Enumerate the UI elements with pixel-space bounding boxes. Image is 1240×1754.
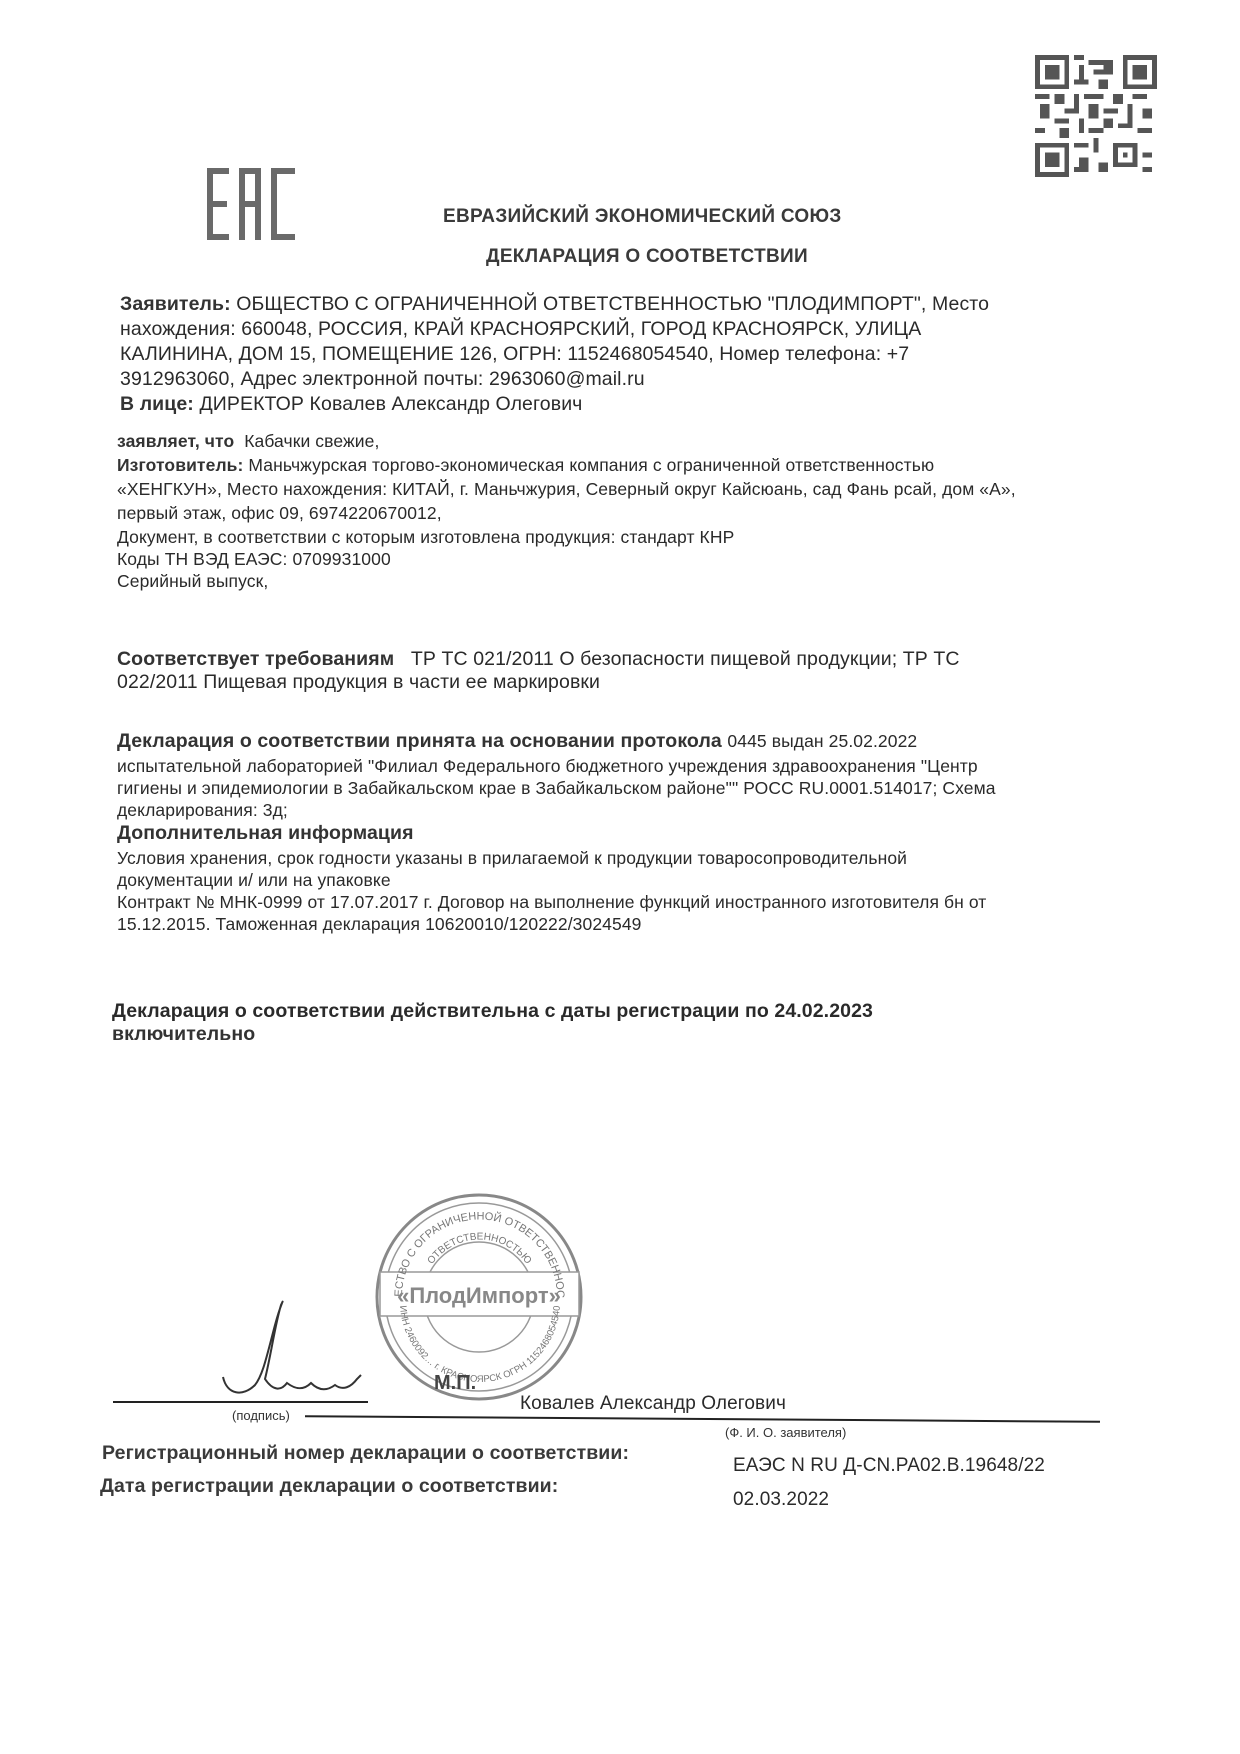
company-stamp: ОБЩЕСТВО С ОГРАНИЧЕННОЙ ОТВЕТСТВЕННОСТЬЮ… — [372, 1190, 587, 1405]
basis-label: Декларация о соответствии принята на осн… — [117, 730, 722, 752]
mp-label: М.П. — [434, 1372, 476, 1395]
additional-line-1: Условия хранения, срок годности указаны … — [117, 848, 907, 869]
compliance-label: Соответствует требованиям — [117, 648, 394, 670]
registration-date-value: 02.03.2022 — [733, 1488, 829, 1511]
signature-underline — [113, 1401, 368, 1403]
name-caption: (Ф. И. О. заявителя) — [725, 1425, 846, 1440]
basis-line-4: декларирования: 3д; — [117, 800, 288, 821]
signer-name: Ковалев Александр Олегович — [520, 1392, 786, 1415]
declares-line: заявляет, что Кабачки свежие, — [117, 431, 379, 452]
additional-line-3: Контракт № МНК-0999 от 17.07.2017 г. Дог… — [117, 892, 986, 913]
representative-name: ДИРЕКТОР Ковалев Александр Олегович — [199, 393, 582, 415]
basis-line-2: испытательной лабораторией "Филиал Федер… — [117, 756, 978, 777]
qr-code-icon — [1035, 55, 1157, 177]
manufacturer-line-3: первый этаж, офис 09, 6974220670012, — [117, 503, 442, 524]
hs-codes-line: Коды ТН ВЭД ЕАЭС: 0709931000 — [117, 549, 391, 570]
eac-logo — [207, 168, 299, 240]
applicant-line-1: Заявитель: ОБЩЕСТВО С ОГРАНИЧЕННОЙ ОТВЕТ… — [120, 293, 989, 316]
registration-date-label: Дата регистрации декларации о соответств… — [100, 1475, 558, 1498]
svg-text:ОТВЕТСТВЕННОСТЬЮ: ОТВЕТСТВЕННОСТЬЮ — [426, 1232, 534, 1267]
validity-line-2: включительно — [112, 1023, 255, 1046]
applicant-text: ОБЩЕСТВО С ОГРАНИЧЕННОЙ ОТВЕТСТВЕННОСТЬЮ… — [236, 293, 989, 315]
release-type-line: Серийный выпуск, — [117, 571, 268, 592]
basis-line-1: Декларация о соответствии принята на осн… — [117, 730, 917, 753]
applicant-line-4: 3912963060, Адрес электронной почты: 296… — [120, 368, 645, 391]
manufacturer-text: Маньчжурская торгово-экономическая компа… — [248, 455, 934, 475]
registration-number-label: Регистрационный номер декларации о соотв… — [102, 1442, 629, 1465]
standard-document-line: Документ, в соответствии с которым изгот… — [117, 527, 734, 548]
document-title: ДЕКЛАРАЦИЯ О СООТВЕТСТВИИ — [486, 245, 808, 268]
union-title: ЕВРАЗИЙСКИЙ ЭКОНОМИЧЕСКИЙ СОЮЗ — [443, 205, 842, 228]
basis-line-3: гигиены и эпидемиологии в Забайкальском … — [117, 778, 996, 799]
declares-label: заявляет, что — [117, 431, 234, 451]
additional-line-2: документации и/ или на упаковке — [117, 870, 391, 891]
manufacturer-line-1: Изготовитель: Маньчжурская торгово-эконо… — [117, 455, 934, 476]
manufacturer-line-2: «ХЕНГКУН», Место нахождения: КИТАЙ, г. М… — [117, 479, 1016, 500]
signature-caption: (подпись) — [232, 1408, 290, 1423]
name-underline — [305, 1415, 1100, 1422]
representative-label: В лице: — [120, 393, 194, 415]
handwritten-signature — [215, 1295, 375, 1405]
compliance-line-2: 022/2011 Пищевая продукция в части ее ма… — [117, 671, 600, 694]
stamp-center-text: «ПлодИмпорт» — [397, 1283, 561, 1308]
registration-number-value: ЕАЭС N RU Д-CN.РА02.В.19648/22 — [733, 1454, 1045, 1477]
applicant-line-2: нахождения: 660048, РОССИЯ, КРАЙ КРАСНОЯ… — [120, 318, 921, 341]
product-name: Кабачки свежие, — [244, 431, 379, 451]
protocol-value: 0445 выдан 25.02.2022 — [727, 731, 917, 751]
additional-line-4: 15.12.2015. Таможенная декларация 106200… — [117, 914, 642, 935]
representative-line: В лице: ДИРЕКТОР Ковалев Александр Олего… — [120, 393, 582, 416]
additional-info-heading: Дополнительная информация — [117, 822, 414, 845]
manufacturer-label: Изготовитель: — [117, 455, 243, 475]
applicant-label: Заявитель: — [120, 293, 231, 315]
validity-line-1: Декларация о соответствии действительна … — [112, 1000, 873, 1023]
compliance-text: ТР ТС 021/2011 О безопасности пищевой пр… — [411, 648, 960, 670]
validity-text: Декларация о соответствии действительна … — [112, 1000, 873, 1022]
stamp-bottom-text: ИНН 2460092… г. КРАСНОЯРСК ОГРН 11524680… — [397, 1305, 563, 1385]
svg-text:ИНН 2460092… г. КРАСНОЯРСК ОГР: ИНН 2460092… г. КРАСНОЯРСК ОГРН 11524680… — [397, 1305, 563, 1385]
applicant-line-3: КАЛИНИНА, ДОМ 15, ПОМЕЩЕНИЕ 126, ОГРН: 1… — [120, 343, 909, 366]
compliance-line-1: Соответствует требованиям ТР ТС 021/2011… — [117, 648, 960, 671]
